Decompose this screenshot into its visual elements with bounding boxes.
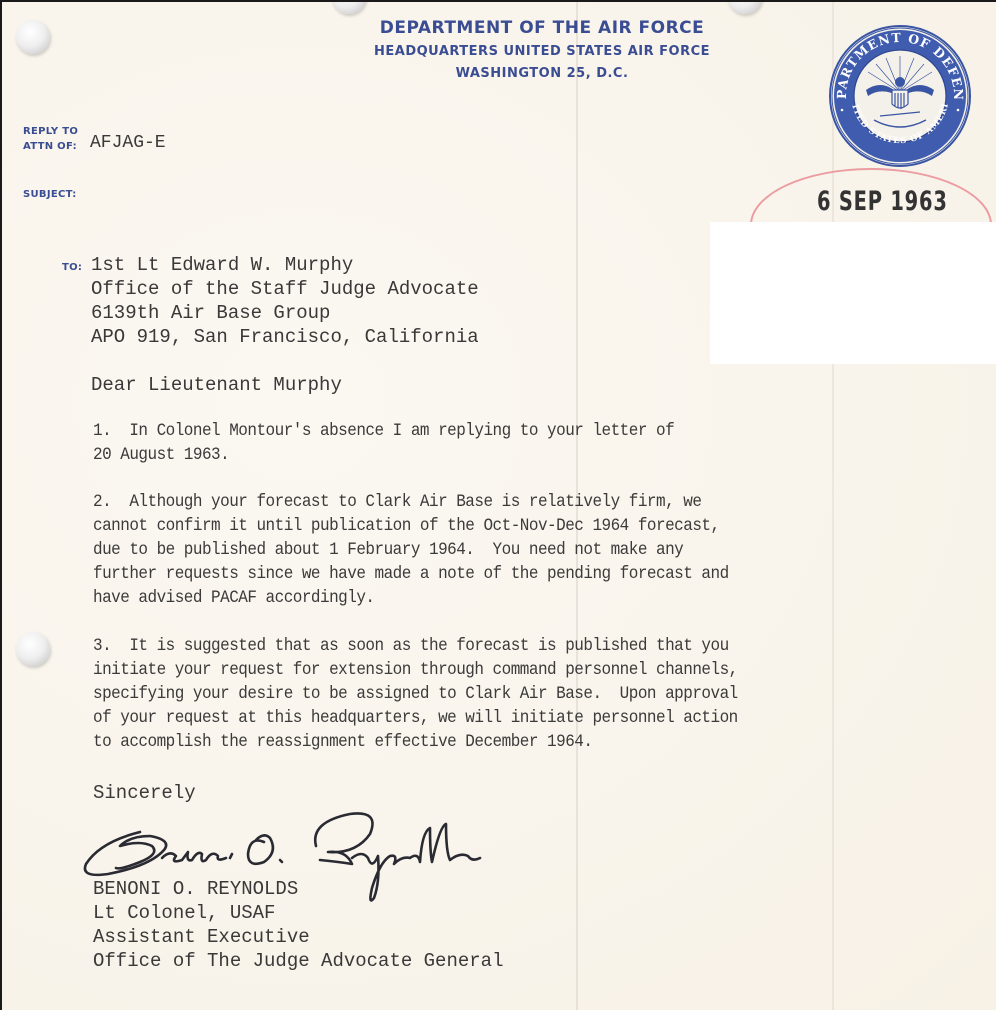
subject-label: SUBJECT: [23,189,77,200]
office-symbol: AFJAG-E [90,133,166,153]
body-line: 3. It is suggested that as soon as the f… [93,637,729,656]
signer-office: Office of The Judge Advocate General [93,950,503,972]
punch-hole-icon [16,20,50,54]
body-line: 1. In Colonel Montour's absence I am rep… [93,422,674,441]
reply-to-label: REPLY TO [23,126,78,137]
signer-name: BENONI O. REYNOLDS [93,878,298,900]
punch-hole-icon [332,2,366,14]
recipient-line: Office of the Staff Judge Advocate [91,278,479,300]
letterhead-department: DEPARTMENT OF THE AIR FORCE [322,18,762,38]
body-line: 2. Although your forecast to Clark Air B… [93,493,701,512]
dod-seal-icon: DEPARTMENT OF DEFENSE UNITED STATES OF A… [828,24,972,168]
body-line: specifying your desire to be assigned to… [93,685,738,704]
body-line: 20 August 1963. [93,446,229,465]
body-line: due to be published about 1 February 196… [93,541,683,560]
recipient-line: 6139th Air Base Group [91,302,330,324]
body-line: to accomplish the reassignment effective… [93,733,592,752]
attn-of-label: ATTN OF: [23,141,77,152]
body-line: of your request at this headquarters, we… [93,709,738,728]
salutation: Dear Lieutenant Murphy [91,374,342,396]
letter-page: DEPARTMENT OF THE AIR FORCE HEADQUARTERS… [2,2,996,1010]
recipient-line: 1st Lt Edward W. Murphy [91,254,353,276]
redaction-patch [710,222,996,364]
to-label: TO: [62,262,82,273]
closing: Sincerely [93,782,196,804]
body-line: cannot confirm it until publication of t… [93,517,720,536]
body-line: further requests since we have made a no… [93,565,729,584]
punch-hole-icon [728,2,762,14]
signer-title: Assistant Executive [93,926,310,948]
recipient-line: APO 919, San Francisco, California [91,326,479,348]
body-line: initiate your request for extension thro… [93,661,738,680]
letterhead-headquarters: HEADQUARTERS UNITED STATES AIR FORCE [322,44,762,59]
body-line: have advised PACAF accordingly. [93,589,375,608]
letterhead-address: WASHINGTON 25, D.C. [322,66,762,81]
punch-hole-icon [16,632,50,666]
signer-rank: Lt Colonel, USAF [93,902,275,924]
date-stamp: 6 SEP 1963 [817,186,948,217]
